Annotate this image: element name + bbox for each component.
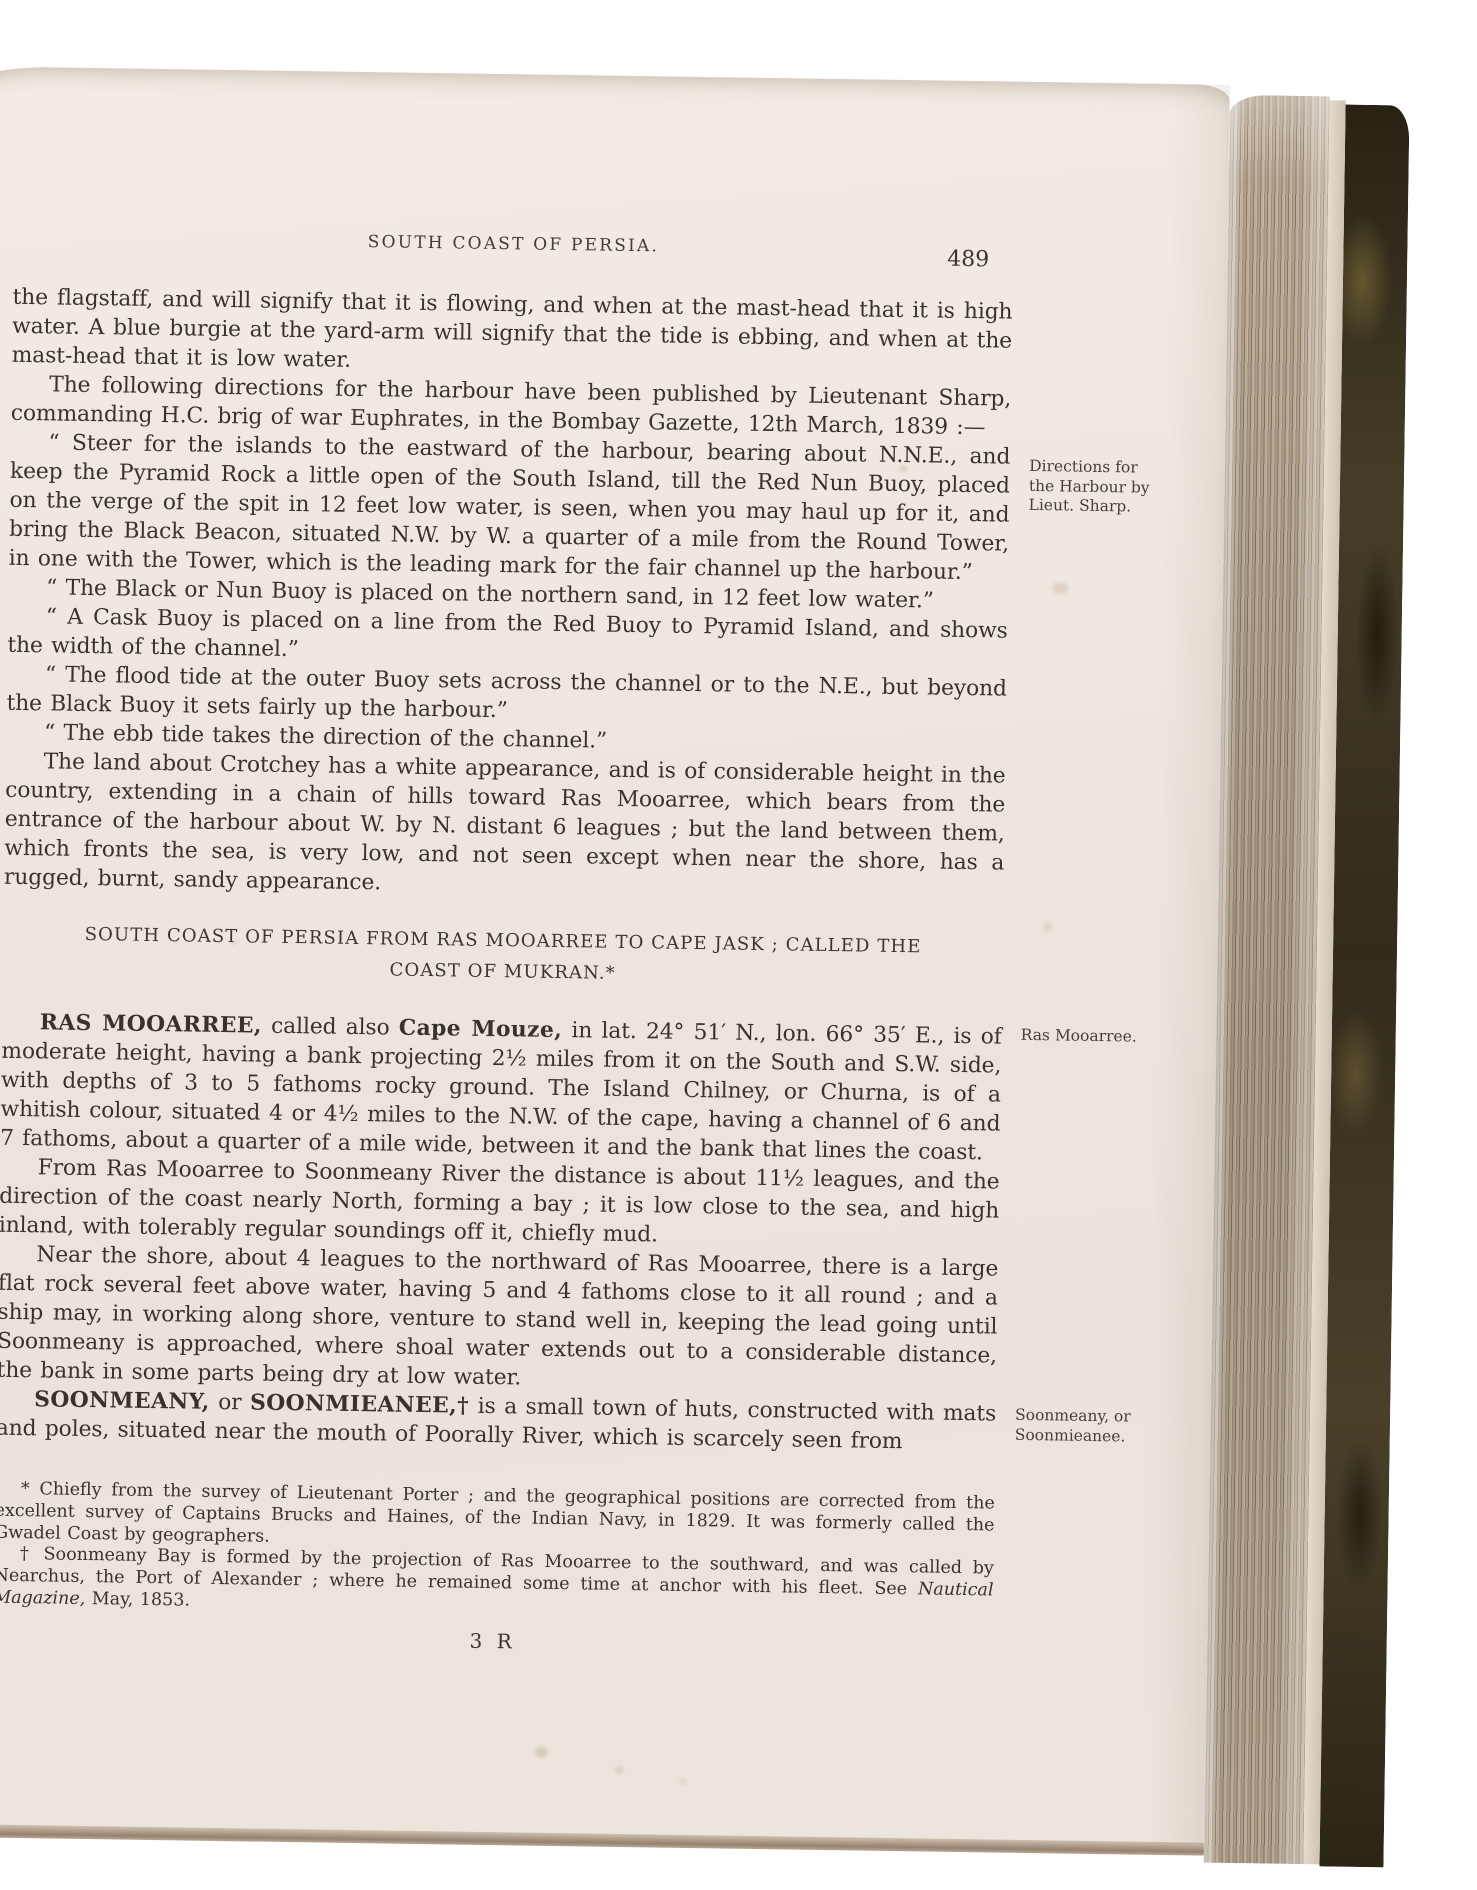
entry-name: RAS MOOARREE, [40, 1010, 262, 1038]
foxing-spot [535, 1747, 548, 1758]
section-heading: SOUTH COAST OF PERSIA FROM RAS MOOARREE … [2, 918, 1003, 995]
page-bottom-edge [0, 1824, 1206, 1856]
footnote-dagger: † Soonmeany Bay is formed by the project… [0, 1544, 994, 1624]
foxing-spot [680, 1779, 687, 1785]
foxing-spot [1042, 922, 1052, 931]
running-head: SOUTH COAST OF PERSIA. [13, 227, 1013, 262]
margin-note-directions: Directions for the Harbour by Lieut. Sha… [1028, 457, 1167, 518]
photo-background: SOUTH COAST OF PERSIA. 489 the flagstaff… [0, 0, 1477, 1890]
paragraph: The land about Crotchey has a white appe… [4, 747, 1006, 907]
foxing-spot [899, 465, 907, 472]
entry-name: SOONMEANY, [34, 1387, 210, 1415]
footnotes: * Chiefly from the survey of Lieutenant … [0, 1479, 995, 1625]
signature-mark: 3 R [0, 1621, 993, 1660]
page-header: SOUTH COAST OF PERSIA. 489 [13, 219, 1013, 274]
entry-text: called also [262, 1014, 399, 1041]
book-page: SOUTH COAST OF PERSIA. 489 the flagstaff… [0, 66, 1230, 1845]
foxing-spot [474, 464, 480, 469]
paragraph-ras-mooarree: RAS MOOARREE, called also Cape Mouze, in… [0, 1008, 1002, 1168]
entry-text: or [210, 1390, 251, 1416]
footnote-text: May, 1853. [85, 1589, 190, 1611]
paragraph: From Ras Mooarree to Soonmeany River the… [0, 1153, 1000, 1255]
foxing-spot [951, 1351, 958, 1357]
foxing-spot [615, 1766, 624, 1774]
foxing-spot [232, 940, 237, 945]
book: SOUTH COAST OF PERSIA. 489 the flagstaff… [0, 66, 1465, 1874]
entry-alt-name: SOONMIEANEE,† [250, 1390, 470, 1418]
page-number: 489 [947, 247, 989, 273]
paragraph: the flagstaff, and will signify that it … [11, 283, 1012, 385]
paragraph-quote: “ Steer for the islands to the eastward … [8, 428, 1010, 588]
paragraph: Near the shore, about 4 leagues to the n… [0, 1240, 998, 1400]
margin-note-soonmeany: Soonmeany, or Soonmieanee. [1015, 1406, 1154, 1447]
foxing-spot [318, 1516, 324, 1522]
margin-note-ras-mooarree: Ras Mooarree. [1021, 1026, 1159, 1048]
text-column: SOUTH COAST OF PERSIA. 489 the flagstaff… [0, 219, 1014, 1660]
foxing-spot [1052, 582, 1068, 594]
entry-alt-name: Cape Mouze, [399, 1016, 563, 1043]
